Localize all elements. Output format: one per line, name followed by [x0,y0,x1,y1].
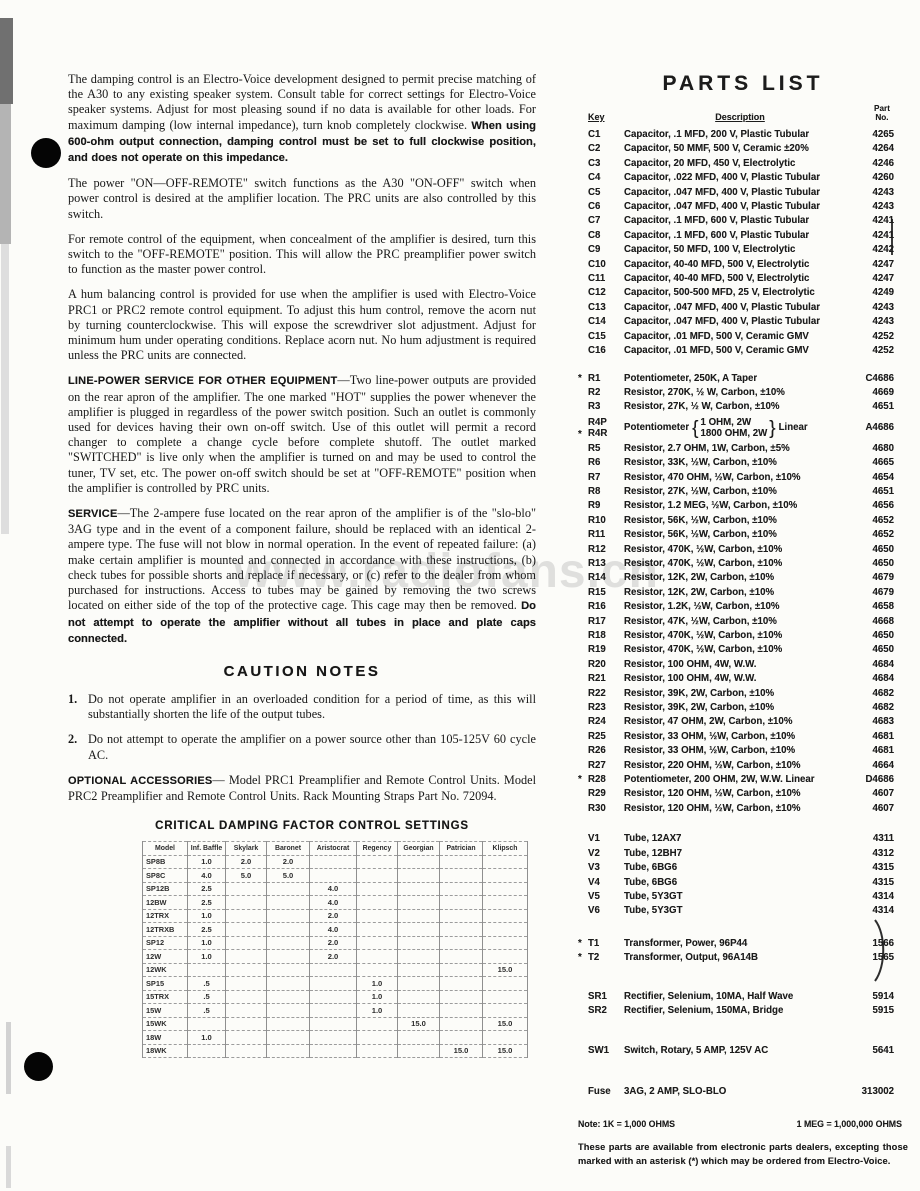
parts-row: R23Resistor, 39K, 2W, Carbon, ±10%4682 [578,701,908,715]
part-number: 4650 [842,557,908,571]
paragraph: The power "ON—OFF-REMOTE" switch functio… [68,176,536,222]
scan-edge-artifact [0,104,11,244]
damping-value-cell: 15.0 [483,963,528,977]
damping-value-cell: 2.0 [310,950,357,964]
damping-value-cell [440,1031,483,1045]
speaker-model-cell: 12TRX [143,909,188,923]
part-number: 4679 [842,586,908,600]
table-row: SP8C4.05.05.0 [143,869,528,883]
parts-row: R16Resistor, 1.2K, ½W, Carbon, ±10%4658 [578,600,908,614]
split-lines: 1 OHM, 2W1800 OHM, 2W [701,417,768,440]
damping-value-cell: 2.5 [188,896,226,910]
part-key: R9 [588,499,624,513]
part-key: R25 [588,730,624,744]
part-key: T1 [588,937,624,951]
damping-value-cell [310,990,357,1004]
part-number: 4664 [842,759,908,773]
damping-value-cell: 2.0 [310,936,357,950]
part-description: Tube, 12AX7 [624,832,842,846]
damping-value-cell [398,1044,440,1058]
parts-list-header-row: Key Description Part No. [578,104,908,122]
parts-row: R18Resistor, 470K, ½W, Carbon, ±10%4650 [578,629,908,643]
part-number: 4249 [842,286,908,300]
parts-row: *R1Potentiometer, 250K, A TaperC4686 [578,372,908,386]
speaker-model-cell: 15TRX [143,990,188,1004]
damping-column-header: Aristocrat [310,842,357,856]
damping-value-cell [357,1017,398,1031]
damping-value-cell: 15.0 [483,1044,528,1058]
damping-value-cell [188,1017,226,1031]
part-number: 4311 [842,832,908,846]
part-description: Tube, 12BH7 [624,847,842,861]
part-description: Resistor, 56K, ½W, Carbon, ±10% [624,528,842,542]
punch-hole-bottom [24,1052,53,1081]
asterisk-marker: * [578,773,587,787]
damping-value-cell: 1.0 [188,950,226,964]
part-key: R14 [588,571,624,585]
part-number: 4651 [842,400,908,414]
damping-value-cell [398,909,440,923]
scan-edge-artifact [6,1146,11,1188]
damping-value-cell [310,1031,357,1045]
part-description: Resistor, 470K, ½W, Carbon, ±10% [624,629,842,643]
damping-value-cell [226,909,267,923]
damping-value-cell [357,896,398,910]
part-key: R24 [588,715,624,729]
damping-value-cell [226,923,267,937]
part-description: Capacitor, .047 MFD, 400 V, Plastic Tubu… [624,186,842,200]
part-description: Resistor, 39K, 2W, Carbon, ±10% [624,701,842,715]
speaker-model-cell: 18WK [143,1044,188,1058]
left-column: The damping control is an Electro-Voice … [68,72,536,1058]
damping-value-cell: 4.0 [310,896,357,910]
caution-item-number: 2. [68,732,88,762]
parts-row: V4Tube, 6BG64315 [578,876,908,890]
part-description: Tube, 6BG6 [624,861,842,875]
part-description: Transformer, Power, 96P44 [624,937,842,951]
damping-value-cell: .5 [188,990,226,1004]
parts-row: R11Resistor, 56K, ½W, Carbon, ±10%4652 [578,528,908,542]
part-key: C9 [588,243,624,257]
caution-item: 1.Do not operate amplifier in an overloa… [68,692,536,722]
paragraph: A hum balancing control is provided for … [68,287,536,363]
part-key: R11 [588,528,624,542]
parts-group: *R1Potentiometer, 250K, A TaperC4686R2Re… [578,372,908,817]
part-number: 4654 [842,471,908,485]
parts-group: V1Tube, 12AX74311V2Tube, 12BH74312V3Tube… [578,832,908,918]
damping-value-cell [398,1004,440,1018]
parts-row: R19Resistor, 470K, ½W, Carbon, ±10%4650 [578,643,908,657]
damping-value-cell [357,909,398,923]
caution-items: 1.Do not operate amplifier in an overloa… [68,692,536,763]
damping-value-cell [226,882,267,896]
damping-column-header: Patrician [440,842,483,856]
part-number: 313002 [842,1085,908,1099]
body-paragraphs: The damping control is an Electro-Voice … [68,72,536,647]
table-row: 15W.51.0 [143,1004,528,1018]
speaker-model-cell: SP12 [143,936,188,950]
section-lead: LINE-POWER SERVICE FOR OTHER EQUIPMENT [68,375,337,387]
parts-list-column: PARTS LIST Key Description Part No. C1Ca… [578,72,908,1168]
damping-value-cell [357,882,398,896]
part-description: Potentiometer, 250K, A Taper [624,372,842,386]
damping-value-cell [483,855,528,869]
part-key: R5 [588,442,624,456]
damping-value-cell [440,977,483,991]
parts-row: R13Resistor, 470K, ½W, Carbon, ±10%4650 [578,557,908,571]
damping-value-cell: 1.0 [357,1004,398,1018]
ohms-note: Note: 1K = 1,000 OHMS 1 MEG = 1,000,000 … [578,1119,908,1129]
parts-row: R15Resistor, 12K, 2W, Carbon, ±10%4679 [578,586,908,600]
paragraph: SERVICE—The 2-ampere fuse located on the… [68,506,536,647]
split-line: 1 OHM, 2W [701,417,768,429]
parts-row: V3Tube, 6BG64315 [578,861,908,875]
part-number: 4246 [842,157,908,171]
part-number: 4652 [842,528,908,542]
parts-row: C16Capacitor, .01 MFD, 500 V, Ceramic GM… [578,344,908,358]
caution-section: CAUTION NOTES 1.Do not operate amplifier… [68,663,536,763]
part-key: R27 [588,759,624,773]
damping-value-cell [267,1044,310,1058]
speaker-model-cell: 15W [143,1004,188,1018]
damping-value-cell [226,896,267,910]
parts-row: C13Capacitor, .047 MFD, 400 V, Plastic T… [578,301,908,315]
parts-row: R12Resistor, 470K, ½W, Carbon, ±10%4650 [578,543,908,557]
text-segment: A hum balancing control is provided for … [68,287,536,362]
part-key-line: R4P [588,417,624,429]
part-number: 4684 [842,658,908,672]
part-description: Transformer, Output, 96A14B [624,951,842,965]
parts-list-title: PARTS LIST [578,72,908,96]
part-number: 4652 [842,514,908,528]
damping-value-cell [226,963,267,977]
table-row: SP15.51.0 [143,977,528,991]
damping-column-header: Regency [357,842,398,856]
table-row: 12W1.02.0 [143,950,528,964]
part-description: Capacitor, 50 MMF, 500 V, Ceramic ±20% [624,142,842,156]
parts-group: SW1Switch, Rotary, 5 AMP, 125V AC5641 [578,1044,908,1058]
part-key: R29 [588,787,624,801]
part-number: 4684 [842,672,908,686]
parts-row: *R28Potentiometer, 200 OHM, 2W, W.W. Lin… [578,773,908,787]
part-description: Rectifier, Selenium, 10MA, Half Wave [624,990,842,1004]
speaker-model-cell: 12TRXB [143,923,188,937]
part-number: 4668 [842,615,908,629]
parts-row: R22Resistor, 39K, 2W, Carbon, ±10%4682 [578,687,908,701]
part-key: SW1 [588,1044,624,1058]
damping-value-cell [440,855,483,869]
damping-value-cell [357,923,398,937]
note-right: 1 MEG = 1,000,000 OHMS [797,1119,902,1129]
scan-edge-artifact [1,244,9,534]
part-key: C14 [588,315,624,329]
part-number: 4314 [842,890,908,904]
damping-value-cell [226,977,267,991]
damping-value-cell: .5 [188,1004,226,1018]
part-key: R19 [588,643,624,657]
part-key: V3 [588,861,624,875]
table-row: SP12B2.54.0 [143,882,528,896]
punch-hole-top [31,138,61,168]
damping-value-cell: 1.0 [188,909,226,923]
damping-value-cell [440,882,483,896]
parts-row: V6Tube, 5Y3GT4314 [578,904,908,918]
damping-value-cell [267,936,310,950]
split-line: 1800 OHM, 2W [701,428,768,440]
part-description: Switch, Rotary, 5 AMP, 125V AC [624,1044,842,1058]
damping-value-cell: 2.0 [267,855,310,869]
damping-value-cell [267,977,310,991]
section-lead: OPTIONAL ACCESSORIES [68,775,212,787]
asterisk-marker: * [578,951,587,965]
part-key: V1 [588,832,624,846]
parts-row: V5Tube, 5Y3GT4314 [578,890,908,904]
part-key: R12 [588,543,624,557]
part-description: Potentiometer, 200 OHM, 2W, W.W. Linear [624,773,842,787]
part-number: 4682 [842,701,908,715]
parts-row: *T1Transformer, Power, 96P441566 [578,937,908,951]
table-row: SP8B1.02.02.0 [143,855,528,869]
part-key: R7 [588,471,624,485]
note-left: Note: 1K = 1,000 OHMS [578,1119,675,1129]
parts-row: C2Capacitor, 50 MMF, 500 V, Ceramic ±20%… [578,142,908,156]
part-key: R13 [588,557,624,571]
part-key: C1 [588,128,624,142]
parts-row: R29Resistor, 120 OHM, ½W, Carbon, ±10%46… [578,787,908,801]
damping-value-cell [440,1004,483,1018]
damping-value-cell [188,963,226,977]
part-key: C4 [588,171,624,185]
part-number: 4314 [842,904,908,918]
asterisk-marker: * [578,937,587,951]
damping-value-cell [440,869,483,883]
part-description: Capacitor, .1 MFD, 600 V, Plastic Tubula… [624,214,842,228]
part-description: Resistor, 56K, ½W, Carbon, ±10% [624,514,842,528]
part-number: 4243 [842,186,908,200]
damping-value-cell [440,923,483,937]
scan-edge-artifact [0,18,13,104]
damping-value-cell [483,1031,528,1045]
damping-value-cell [398,977,440,991]
text-segment: The power "ON—OFF-REMOTE" switch functio… [68,176,536,220]
damping-column-header: Skylark [226,842,267,856]
damping-value-cell [440,936,483,950]
damping-value-cell [398,950,440,964]
damping-value-cell [226,1044,267,1058]
text-segment: —Two line-power outputs are provided on … [68,373,536,494]
damping-value-cell: 1.0 [357,990,398,1004]
part-key-line: R4R [588,428,624,440]
part-number: 4682 [842,687,908,701]
damping-value-cell [483,882,528,896]
damping-value-cell [440,896,483,910]
part-description: Resistor, 470K, ½W, Carbon, ±10% [624,643,842,657]
part-description: Resistor, 27K, ½W, Carbon, ±10% [624,485,842,499]
part-key: R4PR4R [588,417,624,440]
part-number: 4680 [842,442,908,456]
damping-value-cell [310,869,357,883]
damping-value-cell: 1.0 [188,855,226,869]
table-row: 12BW2.54.0 [143,896,528,910]
parts-group: *T1Transformer, Power, 96P441566*T2Trans… [578,937,908,966]
damping-value-cell [226,990,267,1004]
part-number: 4241 [842,214,908,228]
damping-value-cell [398,896,440,910]
parts-row: C6Capacitor, .047 MFD, 400 V, Plastic Tu… [578,200,908,214]
damping-value-cell [483,990,528,1004]
damping-value-cell [398,855,440,869]
damping-value-cell: 2.0 [310,909,357,923]
damping-value-cell [188,1044,226,1058]
parts-row: C8Capacitor, .1 MFD, 600 V, Plastic Tubu… [578,229,908,243]
table-row: 18W1.0 [143,1031,528,1045]
parts-row: C9Capacitor, 50 MFD, 100 V, Electrolytic… [578,243,908,257]
parts-row: C10Capacitor, 40-40 MFD, 500 V, Electrol… [578,258,908,272]
damping-value-cell [483,936,528,950]
table-row: SP121.02.0 [143,936,528,950]
part-key: V5 [588,890,624,904]
part-number: 4681 [842,730,908,744]
damping-column-header: Klipsch [483,842,528,856]
damping-value-cell [440,990,483,1004]
part-description: Capacitor, .047 MFD, 400 V, Plastic Tubu… [624,315,842,329]
damping-value-cell [267,1031,310,1045]
caution-item: 2.Do not attempt to operate the amplifie… [68,732,536,762]
part-number: A4686 [842,422,908,434]
parts-row: SR2Rectifier, Selenium, 150MA, Bridge591… [578,1004,908,1018]
speaker-model-cell: SP8B [143,855,188,869]
part-number: 4243 [842,315,908,329]
damping-value-cell [226,936,267,950]
paragraph: LINE-POWER SERVICE FOR OTHER EQUIPMENT—T… [68,373,536,496]
part-description: Capacitor, 500-500 MFD, 25 V, Electrolyt… [624,286,842,300]
part-description: Resistor, 39K, 2W, Carbon, ±10% [624,687,842,701]
part-number: 4665 [842,456,908,470]
damping-factor-table: ModelInf. BaffleSkylarkBaronetAristocrat… [142,841,528,1058]
part-description: Capacitor, 40-40 MFD, 500 V, Electrolyti… [624,272,842,286]
parts-group: C1Capacitor, .1 MFD, 200 V, Plastic Tubu… [578,128,908,359]
caution-item-text: Do not attempt to operate the amplifier … [88,732,536,762]
parts-row: Fuse3AG, 2 AMP, SLO-BLO313002 [578,1085,908,1099]
part-number: 4252 [842,344,908,358]
damping-value-cell [398,882,440,896]
parts-row: R3Resistor, 27K, ½ W, Carbon, ±10%4651 [578,400,908,414]
part-key: C5 [588,186,624,200]
parts-row: C1Capacitor, .1 MFD, 200 V, Plastic Tubu… [578,128,908,142]
damping-value-cell [310,1004,357,1018]
damping-value-cell [483,869,528,883]
part-number: 4669 [842,386,908,400]
damping-value-cell: 4.0 [310,923,357,937]
part-key: R22 [588,687,624,701]
part-description: Capacitor, .01 MFD, 500 V, Ceramic GMV [624,344,842,358]
damping-value-cell [483,909,528,923]
part-description: Resistor, 33 OHM, ½W, Carbon, ±10% [624,744,842,758]
part-key: C15 [588,330,624,344]
parts-row: C11Capacitor, 40-40 MFD, 500 V, Electrol… [578,272,908,286]
part-key: V6 [588,904,624,918]
damping-value-cell [267,1017,310,1031]
part-number: 4650 [842,629,908,643]
damping-value-cell [483,1004,528,1018]
speaker-model-cell: SP15 [143,977,188,991]
brace-left: { [692,419,698,438]
part-description: Resistor, 12K, 2W, Carbon, ±10% [624,586,842,600]
part-number: 5914 [842,990,908,1004]
part-description: Capacitor, 20 MFD, 450 V, Electrolytic [624,157,842,171]
part-description: Resistor, 33 OHM, ½W, Carbon, ±10% [624,730,842,744]
part-key: C13 [588,301,624,315]
part-description: Tube, 5Y3GT [624,904,842,918]
text-segment: The damping control is an Electro-Voice … [68,72,536,132]
parts-row: R17Resistor, 47K, ½W, Carbon, ±10%4668 [578,615,908,629]
key-column-header: Key [588,112,624,122]
part-key: R23 [588,701,624,715]
part-description: Rectifier, Selenium, 150MA, Bridge [624,1004,842,1018]
damping-value-cell: 15.0 [483,1017,528,1031]
parts-row: R8Resistor, 27K, ½W, Carbon, ±10%4651 [578,485,908,499]
parts-row: C3Capacitor, 20 MFD, 450 V, Electrolytic… [578,157,908,171]
damping-value-cell [398,936,440,950]
split-label: Potentiometer [624,422,689,434]
part-description: Resistor, 100 OHM, 4W, W.W. [624,672,842,686]
part-description: Capacitor, .01 MFD, 500 V, Ceramic GMV [624,330,842,344]
part-key: R1 [588,372,624,386]
part-number: 4247 [842,258,908,272]
damping-value-cell [310,977,357,991]
part-key: R17 [588,615,624,629]
part-key: Fuse [588,1085,624,1099]
damping-value-cell [310,1044,357,1058]
part-number: 4658 [842,600,908,614]
part-description: Resistor, 470K, ½W, Carbon, ±10% [624,557,842,571]
damping-value-cell [267,909,310,923]
damping-value-cell: 4.0 [188,869,226,883]
speaker-model-cell: SP12B [143,882,188,896]
damping-value-cell [226,1004,267,1018]
part-number: 4656 [842,499,908,513]
parts-row: R20Resistor, 100 OHM, 4W, W.W.4684 [578,658,908,672]
speaker-model-cell: 12BW [143,896,188,910]
part-number: 4679 [842,571,908,585]
damping-value-cell: 5.0 [267,869,310,883]
part-key: R2 [588,386,624,400]
paragraph: For remote control of the equipment, whe… [68,232,536,278]
part-description: Resistor, 2.7 OHM, 1W, Carbon, ±5% [624,442,842,456]
part-key: V4 [588,876,624,890]
parts-row: V1Tube, 12AX74311 [578,832,908,846]
part-number: 4241 [842,229,908,243]
brace-right: } [769,419,775,438]
speaker-model-cell: 12W [143,950,188,964]
part-number: 4243 [842,301,908,315]
paragraph: OPTIONAL ACCESSORIES— Model PRC1 Preampl… [68,773,536,804]
part-key: C7 [588,214,624,228]
parts-row: *T2Transformer, Output, 96A14B1565 [578,951,908,965]
damping-column-header: Inf. Baffle [188,842,226,856]
damping-value-cell [267,990,310,1004]
damping-value-cell [226,1031,267,1045]
part-number: 4264 [842,142,908,156]
part-number: 4607 [842,802,908,816]
part-description: 3AG, 2 AMP, SLO-BLO [624,1085,842,1099]
part-key: R20 [588,658,624,672]
damping-value-cell [267,896,310,910]
part-description: Resistor, 1.2K, ½W, Carbon, ±10% [624,600,842,614]
part-number: 4650 [842,643,908,657]
parts-row: R14Resistor, 12K, 2W, Carbon, ±10%4679 [578,571,908,585]
part-number: 4681 [842,744,908,758]
